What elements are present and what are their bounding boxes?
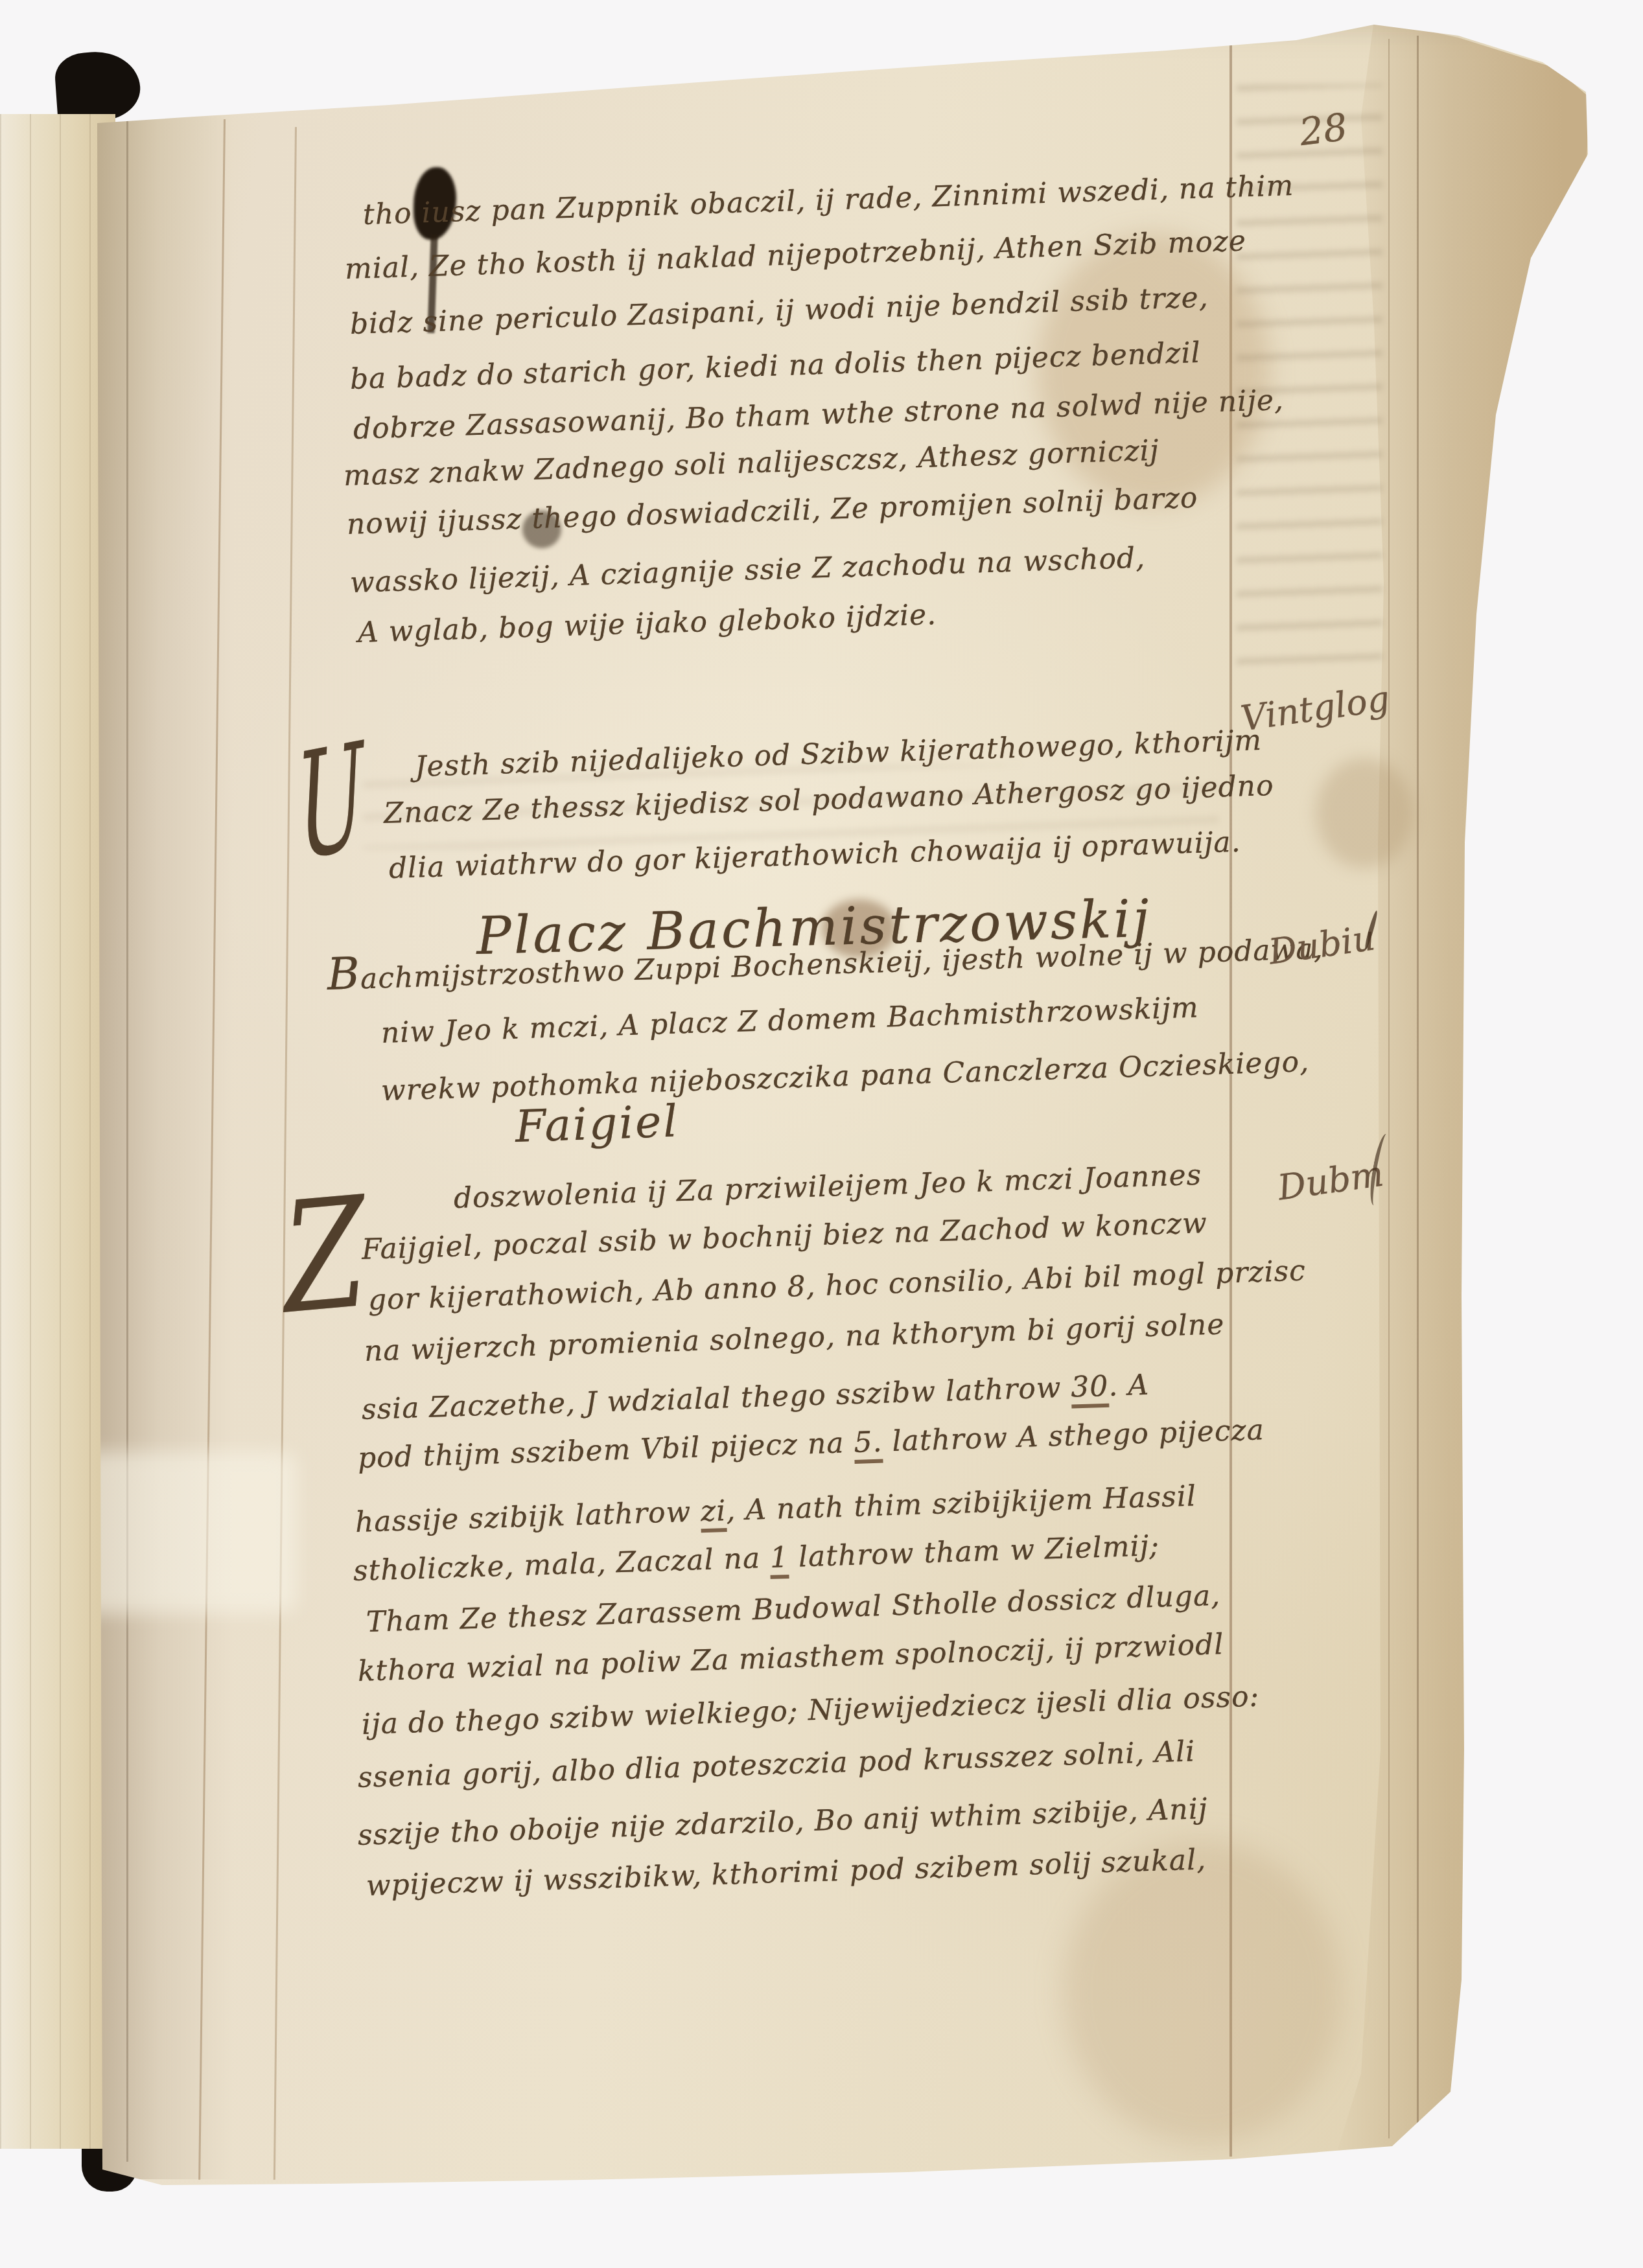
book-cover-corner-top [53,49,142,124]
manuscript-line: wpijeczw ij wsszibikw, kthorimi pod szib… [366,1843,1207,1903]
manuscript-line: Tham Ze thesz Zarassem Budowal Stholle d… [366,1579,1221,1639]
manuscript-line: pod thijm sszibem Vbil pijecz na 5. lath… [357,1413,1264,1475]
underlined-number: 1 [769,1541,789,1579]
right-fold-line [1388,39,1390,2138]
line-text: lathrow A sthego pijecza [882,1413,1265,1458]
manuscript-line: masz znakw Zadnego soli nalijesczsz, Ath… [343,434,1159,492]
manuscript-line: sszije tho oboije nije zdarzilo, Bo anij… [357,1792,1208,1852]
right-fold-line-outer [1417,36,1419,2129]
manuscript-line: nowij ijussz thego doswiadczili, Ze prom… [346,481,1198,541]
manuscript-line: Faijgiel, poczal ssib w bochnij biez na … [361,1207,1207,1266]
manuscript-line: wrekw pothomka nijeboszczika pana Canczl… [380,1045,1310,1107]
line-text: , A nath thim szibijkijem Hassil [726,1479,1197,1527]
manuscript-line: ssia Zaczethe, J wdzialal thego sszibw l… [361,1369,1150,1426]
manuscript-line: hassije szibijk lathrow zi, A nath thim … [355,1479,1196,1539]
manuscript-line: na wijerzch promienia solnego, na kthory… [364,1308,1225,1368]
underlined-number: zi [700,1494,727,1533]
manuscript-line: niw Jeo k mczi, A placz Z domem Bachmist… [380,991,1199,1050]
manuscript-line: kthora wzial na poliw Za miasthem spolno… [357,1628,1224,1688]
manuscript-line: tho iusz pan Zuppnik obaczil, ij rade, Z… [362,169,1294,231]
paper-stain [1063,1840,1342,2145]
section-heading-faigiel: Faigiel [515,1096,681,1153]
manuscript-line: gor kijerathowich, Ab anno 8, hoc consil… [367,1255,1306,1317]
manuscript-page: 28 tho iusz pan Zuppnik obaczil, ij rade… [0,0,1643,2268]
line-text: pod thijm sszibem Vbil pijecz na [357,1426,854,1475]
margin-note: Dubm [1276,1153,1386,1209]
underlined-number: 5. [854,1426,883,1464]
line-text: . A [1108,1369,1150,1403]
gutter-crease-line [126,121,128,2162]
manuscript-line: A wglab, bog wije ijako gleboko ijdzie. [357,598,937,649]
manuscript-line: doszwolenia ij Za prziwileijem Jeo k mcz… [453,1159,1202,1215]
scanned-book-photo: 28 tho iusz pan Zuppnik obaczil, ij rade… [0,0,1643,2268]
line-text: hassije szibijk lathrow [355,1495,701,1539]
manuscript-line: stholiczke, mala, Zaczal na 1 lathrow th… [353,1529,1160,1588]
manuscript-line: ija do thego szibw wielkiego; Nijewijedz… [361,1680,1260,1741]
paper-stain [1316,758,1413,868]
line-text: stholiczke, mala, Zaczal na [353,1542,771,1588]
line-text: ssia Zaczethe, J wdzialal thego sszibw l… [361,1371,1071,1426]
page-number: 28 [1297,105,1350,154]
manuscript-line: wassko lijezij, A cziagnije ssie Z zacho… [349,541,1146,599]
manuscript-line: ssenia gorij, albo dlia poteszczia pod k… [357,1735,1196,1794]
underlined-number: 30 [1071,1370,1110,1409]
left-margin-rule-inner [274,127,297,2180]
margin-note: Dubiu [1266,917,1378,972]
margin-note: Vintglog [1239,678,1392,739]
line-text: lathrow tham w Zielmij; [788,1529,1159,1574]
paragraph-initial: Z [279,1164,371,1348]
paragraph-initial: U [293,712,370,893]
